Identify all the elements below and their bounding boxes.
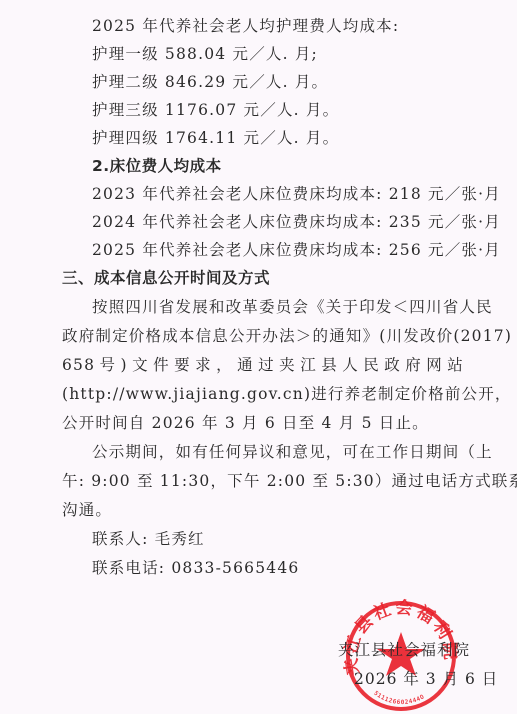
bed-cost-2023: 2023 年代养社会老人床位费床均成本: 218 元／张·月 bbox=[92, 184, 501, 204]
nursing-level-1: 护理一级 588.04 元／人. 月; bbox=[92, 44, 318, 64]
para2-line3: 沟通。 bbox=[62, 500, 112, 520]
bed-cost-2024: 2024 年代养社会老人床位费床均成本: 235 元／张·月 bbox=[92, 212, 501, 232]
nursing-cost-title: 2025 年代养社会老人均护理费人均成本: bbox=[92, 16, 399, 36]
signature-date: 2026 年 3 月 6 日 bbox=[354, 669, 498, 689]
para2-line2: 午: 9:00 至 11:30，下午 2:00 至 5:30）通过电话方式联系 bbox=[62, 471, 517, 491]
nursing-level-3: 护理三级 1176.07 元／人. 月。 bbox=[92, 100, 339, 120]
para1-line2: 政府制定价格成本信息公开办法＞的通知》(川发改价(2017) bbox=[62, 326, 512, 346]
para1-line3: 658号)文件要求，通过夹江县人民政府网站 bbox=[62, 355, 464, 375]
nursing-level-4: 护理四级 1764.11 元／人. 月。 bbox=[92, 128, 339, 148]
para1-line4: (http://www.jiajiang.gov.cn)进行养老制定价格前公开， bbox=[62, 384, 512, 404]
nursing-level-2: 护理二级 846.29 元／人. 月。 bbox=[92, 72, 328, 92]
para1-line1: 按照四川省发展和改革委员会《关于印发＜四川省人民 bbox=[92, 297, 493, 317]
bed-cost-heading: 2.床位费人均成本 bbox=[92, 156, 222, 176]
bed-cost-2025: 2025 年代养社会老人床位费床均成本: 256 元／张·月 bbox=[92, 240, 501, 260]
signature-organization: 夹江县社会福利院 bbox=[338, 640, 470, 660]
contact-phone: 联系电话: 0833-5665446 bbox=[92, 558, 299, 578]
para1-line5: 公开时间自 2026 年 3 月 6 日至 4 月 5 日止。 bbox=[62, 413, 429, 433]
section3-heading: 三、成本信息公开时间及方式 bbox=[62, 268, 270, 288]
para2-line1: 公示期间，如有任何异议和意见，可在工作日期间（上 bbox=[92, 442, 493, 462]
contact-person: 联系人: 毛秀红 bbox=[92, 529, 205, 549]
